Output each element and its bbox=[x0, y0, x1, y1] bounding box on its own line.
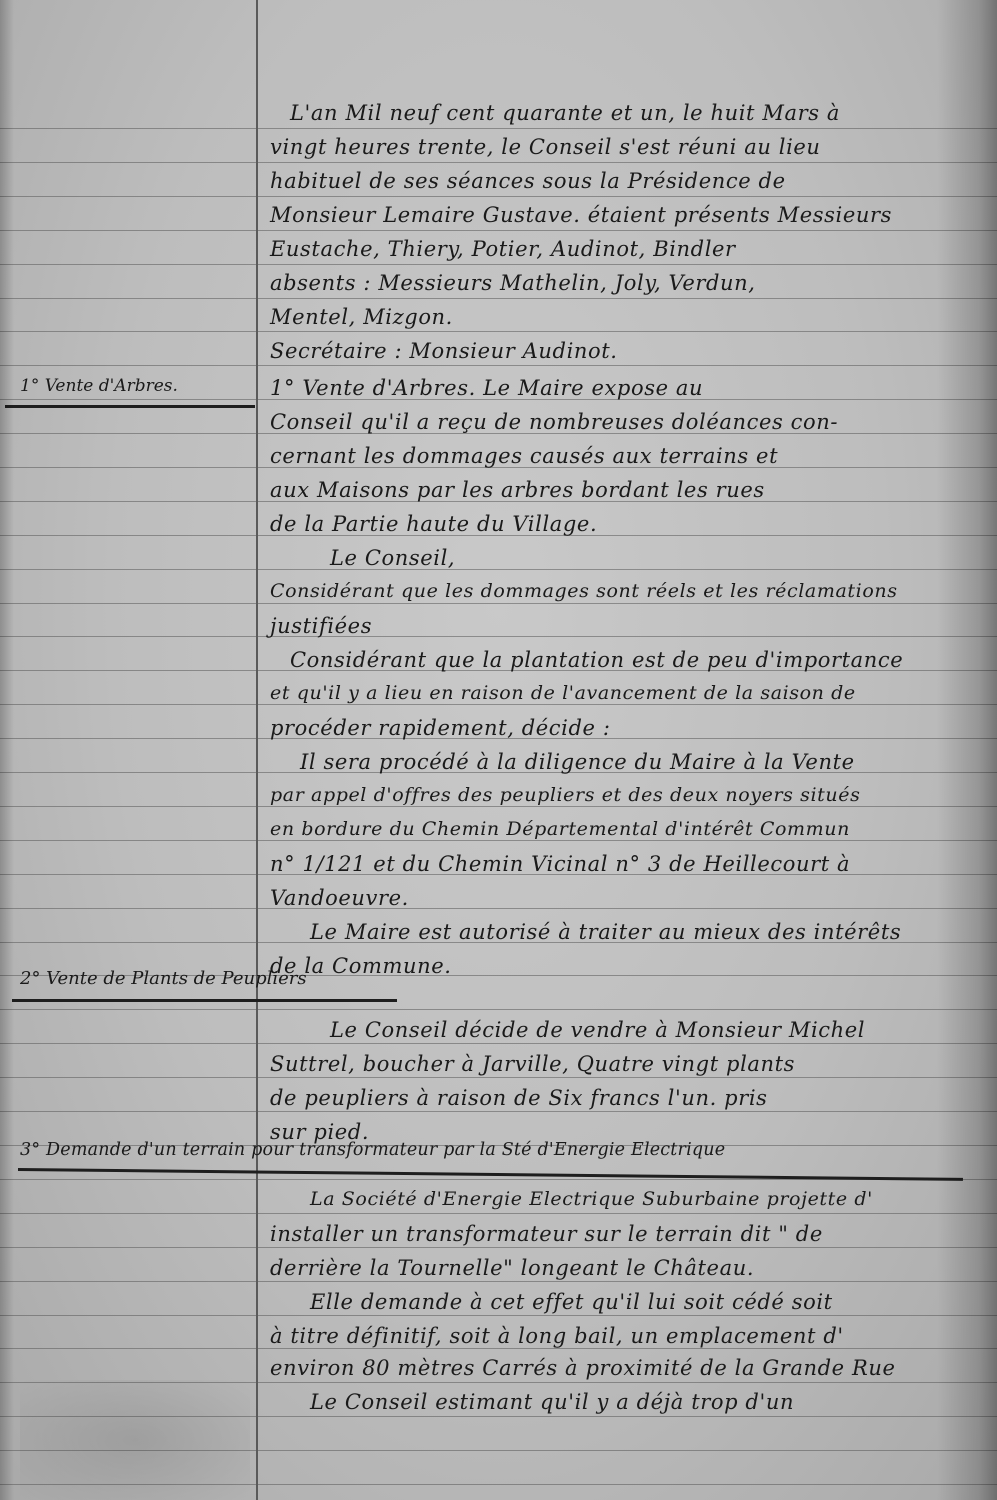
heading-underline bbox=[12, 999, 397, 1002]
heading-underline bbox=[5, 405, 255, 408]
ruled-line bbox=[0, 1077, 997, 1078]
opening-line: Eustache, Thiery, Potier, Audinot, Bindl… bbox=[270, 239, 736, 260]
opening-line: habituel de ses séances sous la Présiden… bbox=[270, 171, 786, 192]
section-3-line: La Société d'Energie Electrique Suburbai… bbox=[310, 1190, 873, 1209]
ruled-line bbox=[0, 128, 997, 129]
section-1-line: Considérant que la plantation est de peu… bbox=[290, 650, 903, 671]
ruled-line bbox=[0, 806, 997, 807]
section-1-line: de la Partie haute du Village. bbox=[270, 514, 597, 535]
section-2-line: Le Conseil décide de vendre à Monsieur M… bbox=[330, 1020, 865, 1041]
section-1-line: Le Maire est autorisé à traiter au mieux… bbox=[310, 922, 901, 943]
section-1-line: et qu'il y a lieu en raison de l'avancem… bbox=[270, 684, 856, 703]
section-3-line: derrière la Tournelle" longeant le Châte… bbox=[270, 1258, 754, 1279]
margin-heading-1: 1° Vente d'Arbres. bbox=[20, 378, 178, 395]
ruled-line bbox=[0, 365, 997, 366]
section-2-line: Suttrel, boucher à Jarville, Quatre ving… bbox=[270, 1054, 795, 1075]
opening-line: Monsieur Lemaire Gustave. étaient présen… bbox=[270, 205, 892, 226]
ruled-line bbox=[0, 1281, 997, 1282]
ruled-line bbox=[0, 298, 997, 299]
section-2-line: de peupliers à raison de Six francs l'un… bbox=[270, 1088, 768, 1109]
section-3-line: Le Conseil estimant qu'il y a déjà trop … bbox=[310, 1392, 794, 1413]
section-3-line: Elle demande à cet effet qu'il lui soit … bbox=[310, 1292, 833, 1313]
section-3-line: environ 80 mètres Carrés à proximité de … bbox=[270, 1358, 896, 1379]
section-1-line: Il sera procédé à la diligence du Maire … bbox=[300, 752, 855, 773]
ruled-line bbox=[0, 1348, 997, 1349]
ruled-line bbox=[0, 840, 997, 841]
section-1-line: Considérant que les dommages sont réels … bbox=[270, 582, 898, 601]
ruled-line bbox=[0, 1416, 997, 1417]
ruled-line bbox=[0, 704, 997, 705]
ruled-line bbox=[0, 196, 997, 197]
margin-heading-2: 2° Vente de Plants de Peupliers bbox=[20, 970, 307, 988]
ruled-line bbox=[0, 908, 997, 909]
ruled-line bbox=[0, 1484, 997, 1485]
ruled-line bbox=[0, 636, 997, 637]
opening-line: Mentel, Mizgon. bbox=[270, 307, 453, 328]
opening-line: absents : Messieurs Mathelin, Joly, Verd… bbox=[270, 273, 756, 294]
ruled-line bbox=[0, 1111, 997, 1112]
ruled-line bbox=[0, 569, 997, 570]
section-1-line: justifiées bbox=[270, 616, 372, 637]
section-1-line: 1° Vente d'Arbres. Le Maire expose au bbox=[270, 378, 703, 399]
ruled-line bbox=[0, 603, 997, 604]
ruled-line bbox=[0, 1247, 997, 1248]
section-1-line: par appel d'offres des peupliers et des … bbox=[270, 786, 860, 805]
ruled-line bbox=[0, 1450, 997, 1451]
section-1-line: aux Maisons par les arbres bordant les r… bbox=[270, 480, 765, 501]
ruled-line bbox=[0, 1213, 997, 1214]
section-1-line: Conseil qu'il a reçu de nombreuses doléa… bbox=[270, 412, 838, 433]
register-page: L'an Mil neuf cent quarante et un, le hu… bbox=[0, 0, 997, 1500]
secretary-line: Secrétaire : Monsieur Audinot. bbox=[270, 341, 618, 362]
ruled-line bbox=[0, 230, 997, 231]
opening-line: L'an Mil neuf cent quarante et un, le hu… bbox=[290, 103, 840, 124]
section-1-line: en bordure du Chemin Départemental d'int… bbox=[270, 820, 850, 839]
section-1-line: Vandoeuvre. bbox=[270, 888, 409, 909]
section-3-line: installer un transformateur sur le terra… bbox=[270, 1224, 823, 1245]
ruled-line bbox=[0, 162, 997, 163]
margin-heading-3: 3° Demande d'un terrain pour transformat… bbox=[20, 1142, 725, 1160]
ruled-line bbox=[0, 1382, 997, 1383]
ruled-line bbox=[0, 1043, 997, 1044]
ruled-line bbox=[0, 264, 997, 265]
ruled-line bbox=[0, 331, 997, 332]
opening-line: vingt heures trente, le Conseil s'est ré… bbox=[270, 137, 821, 158]
section-1-line: cernant les dommages causés aux terrains… bbox=[270, 446, 778, 467]
section-1-line: n° 1/121 et du Chemin Vicinal n° 3 de He… bbox=[270, 854, 850, 875]
section-1-line: procéder rapidement, décide : bbox=[270, 718, 611, 739]
section-1-line: Le Conseil, bbox=[330, 548, 455, 569]
ruled-line bbox=[0, 1315, 997, 1316]
section-3-line: à titre définitif, soit à long bail, un … bbox=[270, 1326, 844, 1347]
ruled-line bbox=[0, 1009, 997, 1010]
margin-rule bbox=[256, 0, 258, 1500]
